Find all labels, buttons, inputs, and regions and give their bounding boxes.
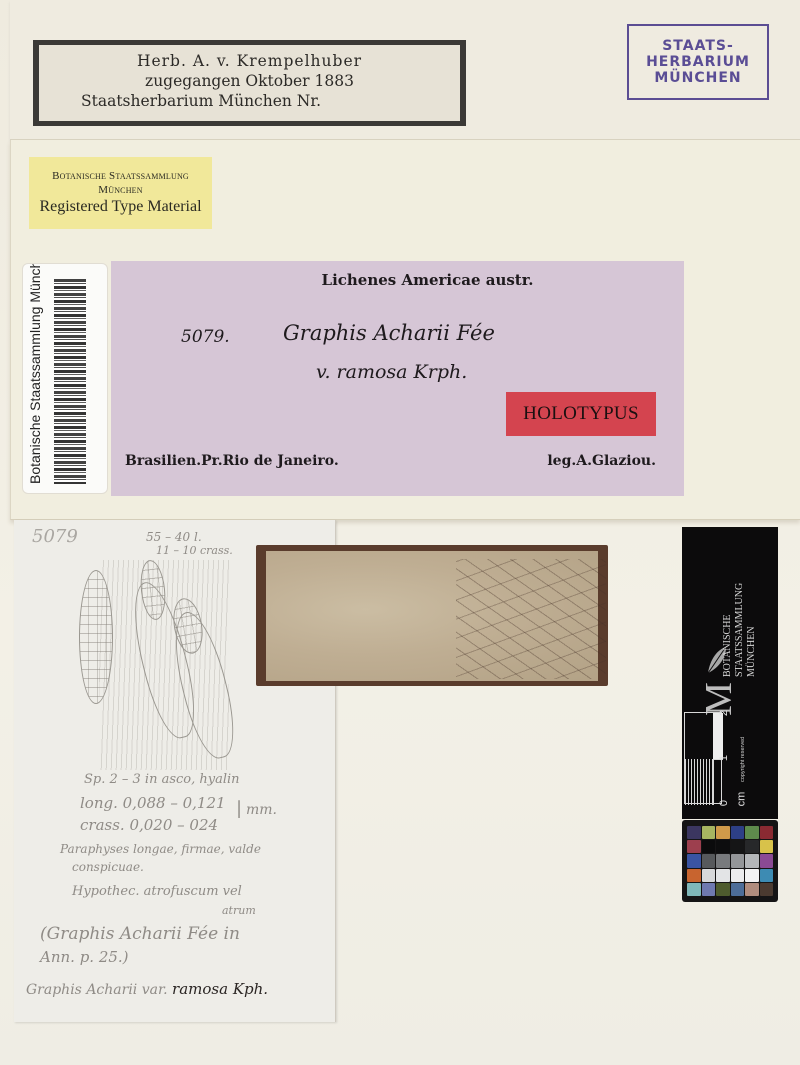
color-patch (760, 826, 774, 839)
taxon-variety: v. ramosa Krph. (316, 361, 467, 383)
locality: Brasilien.Pr.Rio de Janeiro. (125, 453, 339, 469)
provenance-line-1: Herb. A. v. Krempelhuber (39, 51, 460, 71)
color-patch (731, 883, 745, 896)
color-patch (716, 883, 730, 896)
logo-line-2: STAATSSAMMLUNG (734, 583, 746, 677)
color-patch (760, 854, 774, 867)
herbarium-stamp: STAATS- HERBARIUM MÜNCHEN (627, 24, 769, 100)
brace: | (236, 798, 242, 819)
color-checker-chart (682, 820, 778, 902)
barcode-icon (54, 279, 86, 484)
note-final-prefix: Graphis Acharii var. (26, 982, 168, 998)
taxon-name: Graphis Acharii Fée (283, 321, 495, 345)
measure-length: 55 – 40 l. (146, 530, 202, 544)
provenance-label: Herb. A. v. Krempelhuber zugegangen Okto… (33, 40, 466, 126)
ruler-mid (713, 759, 723, 805)
note-final-ink: ramosa Kph. (172, 980, 268, 998)
color-patch (760, 869, 774, 882)
collection-number: 5079. (181, 327, 230, 347)
color-patch (716, 840, 730, 853)
note-reference-page: Ann. p. 25.) (40, 948, 129, 966)
lichen-specimen (256, 545, 608, 686)
color-patch (702, 854, 716, 867)
stamp-line-2: HERBARIUM (629, 54, 767, 70)
color-patch (760, 883, 774, 896)
note-conspicuae: conspicuae. (72, 860, 144, 874)
provenance-line-3: Staatsherbarium München Nr. (39, 91, 460, 111)
ruler-tick-1: 1 (718, 755, 730, 761)
note-final-det: Graphis Acharii var. ramosa Kph. (26, 980, 268, 998)
sheet-number: 5079 (32, 526, 78, 547)
color-patch (745, 883, 759, 896)
color-patch (745, 826, 759, 839)
color-patch (716, 826, 730, 839)
barcode-label: Botanische Staatssammlung München M-0205… (22, 263, 108, 494)
color-patch (716, 869, 730, 882)
copyright-text: copyright reserved (740, 737, 746, 782)
color-patch (731, 826, 745, 839)
ruler (684, 712, 722, 804)
note-width: crass. 0,020 – 024 (80, 816, 218, 834)
color-patch (745, 869, 759, 882)
color-patch (745, 854, 759, 867)
stamp-line-3: MÜNCHEN (629, 70, 767, 86)
color-patch (731, 854, 745, 867)
color-patch (731, 869, 745, 882)
note-length: long. 0,088 – 0,121 (80, 794, 226, 812)
color-patch (745, 840, 759, 853)
note-reference: (Graphis Acharii Fée in (40, 924, 240, 944)
logo-line-3: MÜNCHEN (746, 583, 758, 677)
logo-text: BOTANISCHE STAATSSAMMLUNG MÜNCHEN (722, 583, 758, 677)
type-label-institution: Botanische Staatssammlung (29, 169, 212, 183)
barcode-institution: Botanische Staatssammlung München (27, 274, 43, 484)
ruler-unit: cm (735, 792, 747, 807)
color-patch (760, 840, 774, 853)
note-spores: Sp. 2 – 3 in asco, hyalin (84, 772, 240, 787)
color-patch (687, 840, 701, 853)
collector: leg.A.Glaziou. (547, 453, 656, 469)
note-paraphyses: Paraphyses longae, firmae, valde (60, 842, 261, 856)
color-patch (702, 883, 716, 896)
type-label-title: Registered Type Material (29, 197, 212, 217)
color-patch (687, 869, 701, 882)
catalog-number: M-0205410 (107, 404, 108, 479)
color-patch (702, 840, 716, 853)
color-patch (687, 883, 701, 896)
note-hypothecium: Hypothec. atrofuscum vel (72, 884, 242, 899)
note-unit: mm. (246, 802, 277, 818)
holotype-badge: HOLOTYPUS (506, 392, 656, 436)
color-patch (687, 826, 701, 839)
determination-label: Lichenes Americae austr. 5079. Graphis A… (111, 261, 684, 496)
color-patch (702, 826, 716, 839)
label-header: Lichenes Americae austr. (111, 271, 684, 289)
logo-line-1: BOTANISCHE (722, 583, 734, 677)
type-material-label: Botanische Staatssammlung München Regist… (29, 157, 212, 229)
ruler-tick-2: 2 (718, 710, 730, 716)
provenance-line-2: zugegangen Oktober 1883 (39, 71, 460, 91)
note-atrum: atrum (222, 904, 256, 917)
type-label-city: München (29, 183, 212, 197)
color-patch (702, 869, 716, 882)
stamp-line-1: STAATS- (629, 38, 767, 54)
ruler-block (713, 713, 723, 759)
ascus-drawing-icon (79, 570, 113, 704)
measure-width: 11 – 10 crass. (156, 544, 233, 557)
ruler-ticks (685, 759, 713, 805)
scale-bar-card: M BOTANISCHE STAATSSAMMLUNG MÜNCHEN 0 1 … (682, 527, 778, 819)
color-patch (687, 854, 701, 867)
color-patch (731, 840, 745, 853)
color-patch (716, 854, 730, 867)
ruler-tick-0: 0 (718, 800, 730, 806)
